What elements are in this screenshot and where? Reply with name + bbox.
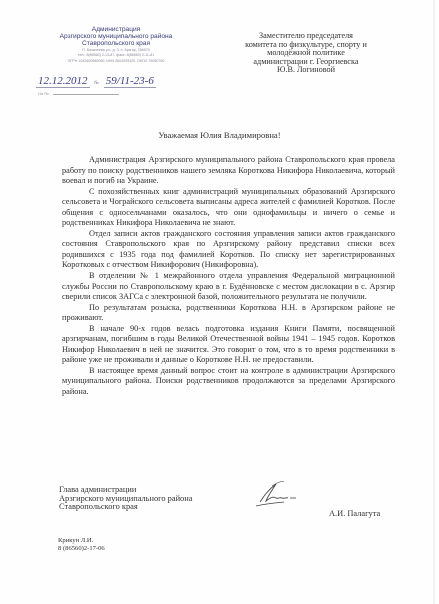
letterhead-region: Ставропольского края [30, 40, 202, 47]
paragraph: Администрация Арзгирского муниципального… [62, 155, 395, 187]
greeting: Уважаемая Юлия Владимировна! [0, 130, 439, 140]
letter-page: Администрация Арзгирского муниципального… [0, 0, 439, 604]
reference-label: На № [38, 91, 49, 96]
registration-line: 12.12.2012 № 59/11-23-6 [36, 75, 156, 87]
letterhead: Администрация Арзгирского муниципального… [30, 26, 202, 64]
handwritten-signature-icon [254, 480, 304, 508]
addressee-name: Ю.В. Логиновой [226, 66, 386, 75]
signatory-position: Глава администрации Арзгирского муниципа… [59, 486, 192, 512]
letter-body: Администрация Арзгирского муниципального… [62, 155, 395, 398]
paragraph: В начале 90-х годов велась подготовка из… [62, 324, 395, 366]
paragraph: В отделении № 1 межрайонного отдела упра… [62, 271, 395, 303]
paragraph: В настоящее время данный вопрос стоит на… [62, 366, 395, 398]
addressee-block: Заместителю председателя комитета по физ… [226, 32, 386, 75]
executor-block: Крикун Л.И. 8 (86560)2-17-06 [58, 537, 105, 552]
reference-blank [53, 94, 119, 95]
registration-number: 59/11-23-6 [104, 75, 156, 88]
letterhead-ids: ОГРН 1042600580050, ИНН 2604005320, ОКПО… [30, 59, 202, 65]
signer-name: А.И. Палагута [329, 509, 380, 518]
registration-date: 12.12.2012 [36, 75, 90, 88]
reference-line: На № [38, 91, 119, 96]
paragraph: Отдел записи актов гражданского состояни… [62, 229, 395, 271]
letterhead-district: Арзгирского муниципального района [30, 33, 202, 40]
scan-edge [433, 0, 435, 604]
registration-number-label: № [94, 81, 99, 86]
paragraph: По результатам розыска, родственники Кор… [62, 303, 395, 324]
executor-phone: 8 (86560)2-17-06 [58, 545, 105, 553]
position-line: Ставропольского края [59, 503, 192, 512]
executor-name: Крикун Л.И. [58, 537, 105, 545]
paragraph: С похозяйственных книг администраций мун… [62, 187, 395, 229]
